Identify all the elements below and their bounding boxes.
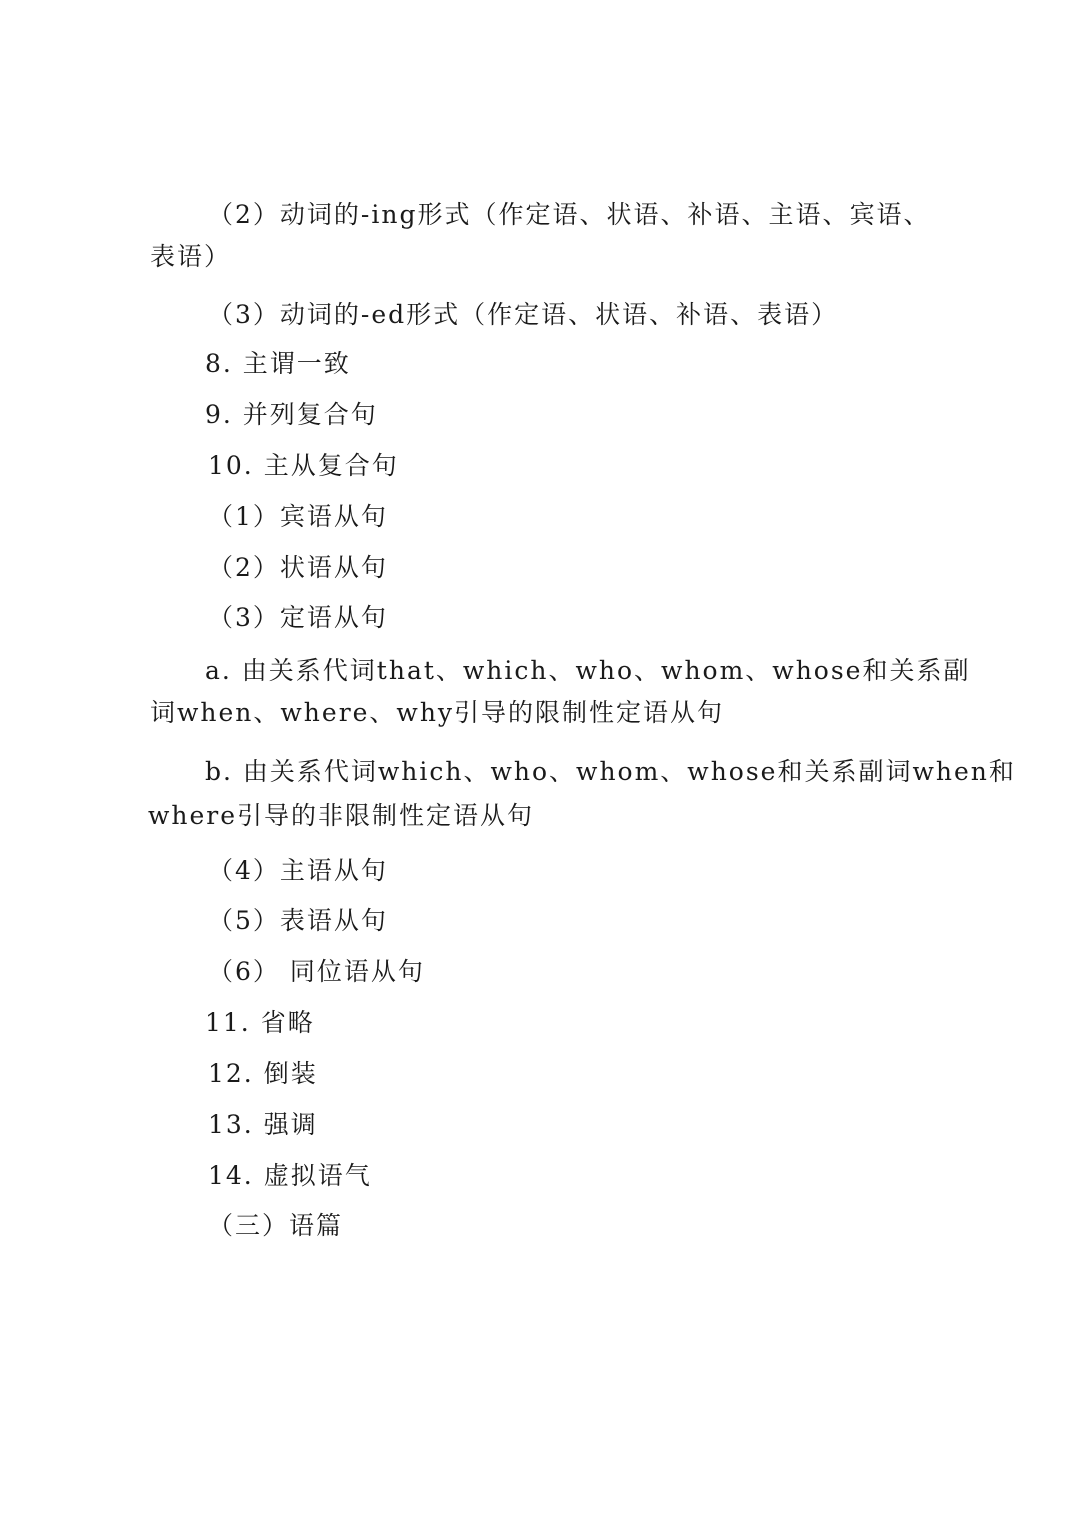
- text-line: 10. 主从复合句: [208, 451, 399, 481]
- text-line: where引导的非限制性定语从句: [148, 801, 534, 831]
- text-line: 11. 省略: [205, 1008, 315, 1038]
- text-line: （6） 同位语从句: [208, 957, 425, 987]
- text-line: 12. 倒装: [208, 1059, 318, 1089]
- text-line: （1）宾语从句: [208, 502, 388, 532]
- text-line: 表语）: [150, 242, 231, 272]
- text-line: 9. 并列复合句: [205, 400, 378, 430]
- text-line: 13. 强调: [208, 1110, 318, 1140]
- text-line: （5）表语从句: [208, 906, 388, 936]
- text-line: （3）定语从句: [208, 603, 388, 633]
- text-line: （三）语篇: [208, 1211, 343, 1241]
- text-line: 词when、where、why引导的限制性定语从句: [150, 698, 724, 728]
- text-line: 14. 虚拟语气: [208, 1161, 372, 1191]
- text-line: （2）状语从句: [208, 553, 388, 583]
- text-line: 8. 主谓一致: [205, 349, 351, 379]
- text-line: b. 由关系代词which、who、whom、whose和关系副词when和: [205, 757, 1016, 787]
- text-line: （3）动词的-ed形式（作定语、状语、补语、表语）: [208, 300, 838, 330]
- text-line: （2）动词的-ing形式（作定语、状语、补语、主语、宾语、: [208, 200, 930, 230]
- text-line: （4）主语从句: [208, 856, 388, 886]
- text-line: a. 由关系代词that、which、who、whom、whose和关系副: [205, 656, 970, 686]
